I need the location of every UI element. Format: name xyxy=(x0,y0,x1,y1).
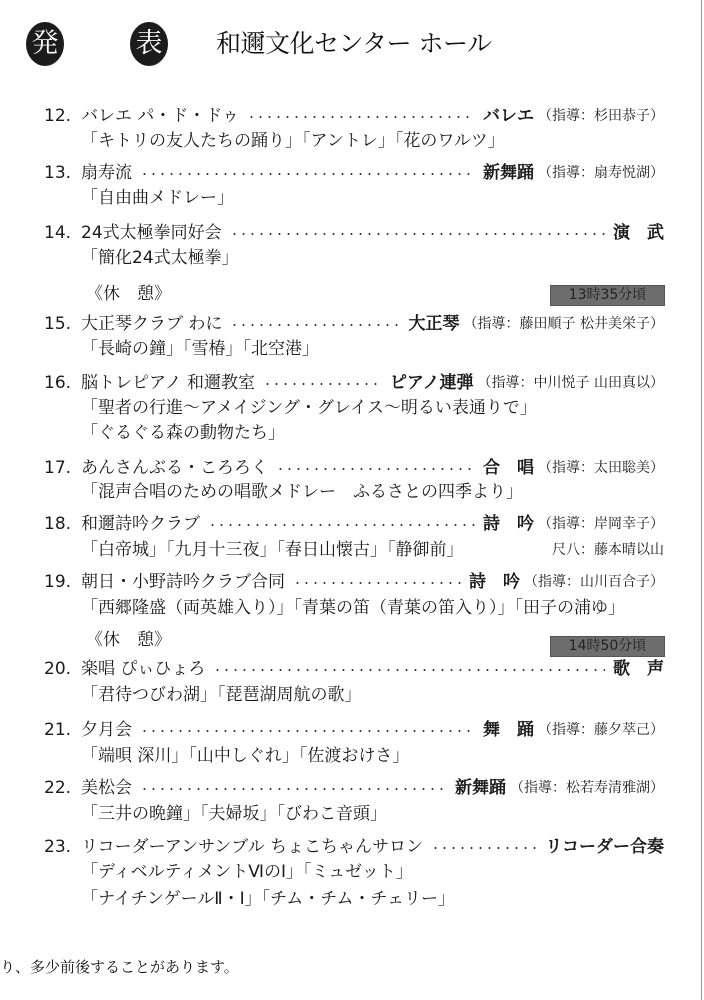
group-name: 夕月会 xyxy=(81,717,132,743)
leader-dots xyxy=(230,233,605,235)
program-item-15: 15. 大正琴クラブ わに 大正琴 （指導：藤田順子 松井美栄子） xyxy=(44,311,664,337)
venue-title: 和邇文化センター ホール xyxy=(216,24,491,64)
happyo-badge-2: 表 xyxy=(130,22,168,66)
happyo-badge-1: 発 xyxy=(26,22,64,66)
program-item-22: 22. 美松会 新舞踊 （指導：松若寿清雅湖） xyxy=(44,775,664,801)
group-name: 美松会 xyxy=(81,775,132,801)
program-item-12: 12. バレエ パ・ド・ドゥ バレエ （指導：杉田恭子） xyxy=(44,103,664,129)
genre: 歌 声 xyxy=(613,656,664,682)
item-number: 21. xyxy=(44,717,81,743)
break-label: 《休 憩》 xyxy=(86,281,171,307)
pieces-line: 「君待つびわ湖」「琵琶湖周航の歌」 xyxy=(81,682,701,708)
break-time-badge: 14時50分頃 xyxy=(550,636,665,657)
page-edge-line xyxy=(701,0,702,1000)
item-number: 14. xyxy=(44,220,81,246)
program-item-17: 17. あんさんぶる・ころろく 合 唱 （指導：太田聡美） xyxy=(44,455,664,481)
program-item-18: 18. 和邇詩吟クラブ 詩 吟 （指導：岸岡幸子） xyxy=(44,511,664,537)
shakuhachi-credit: 尺八：藤本晴以山 xyxy=(552,537,664,563)
leader-dots xyxy=(140,173,475,175)
group-name: リコーダーアンサンブル ちょこちゃんサロン xyxy=(81,834,423,860)
genre: リコーダー合奏 xyxy=(545,834,664,860)
genre: 合 唱 xyxy=(483,455,534,481)
instructor: （指導：中川悦子 山田真以） xyxy=(478,370,664,396)
item-number: 16. xyxy=(44,370,81,396)
group-name: 大正琴クラブ わに xyxy=(81,311,222,337)
instructor: （指導：扇寿悦湖） xyxy=(538,160,664,186)
genre: 新舞踊 xyxy=(455,775,506,801)
genre: 新舞踊 xyxy=(483,160,534,186)
pieces-line: 「聖者の行進～アメイジング・グレイス～明るい表通りで」 xyxy=(81,395,701,421)
item-number: 23. xyxy=(44,834,81,860)
item-number: 19. xyxy=(44,569,81,595)
genre: 舞 踊 xyxy=(483,717,534,743)
program-item-14: 14. 24式太極拳同好会 演 武 xyxy=(44,220,664,246)
item-number: 18. xyxy=(44,511,81,537)
program-item-21: 21. 夕月会 舞 踊 （指導：藤夕萃己） xyxy=(44,717,664,743)
pieces-line: 「西郷隆盛（両英雄入り）」「青葉の笛（青葉の笛入り）」「田子の浦ゆ」 xyxy=(81,595,701,621)
genre: 詩 吟 xyxy=(483,511,534,537)
leader-dots xyxy=(276,468,475,470)
genre: ピアノ連弾 xyxy=(390,370,474,396)
pieces-line: 「簡化24式太極拳」 xyxy=(81,245,701,271)
item-number: 15. xyxy=(44,311,81,337)
instructor: （指導：太田聡美） xyxy=(538,455,664,481)
item-number: 20. xyxy=(44,656,81,682)
group-name: あんさんぶる・ころろく xyxy=(81,455,268,481)
pieces-text: 「白帝城」「九月十三夜」「春日山懐古」「静御前」 xyxy=(81,540,464,560)
pieces-line: 「ぐるぐる森の動物たち」 xyxy=(81,420,701,446)
pieces-line: 「混声合唱のための唱歌メドレー ふるさとの四季より」 xyxy=(81,479,701,505)
genre: 演 武 xyxy=(613,220,664,246)
pieces-line: 「白帝城」「九月十三夜」「春日山懐古」「静御前」 尺八：藤本晴以山 xyxy=(81,537,664,563)
group-name: 脳トレピアノ 和邇教室 xyxy=(81,370,255,396)
program-item-16: 16. 脳トレピアノ 和邇教室 ピアノ連弾 （指導：中川悦子 山田真以） xyxy=(44,370,664,396)
leader-dots xyxy=(140,788,447,790)
pieces-line: 「キトリの友人たちの踊り」「アントレ」「花のワルツ」 xyxy=(81,128,701,154)
program-item-23: 23. リコーダーアンサンブル ちょこちゃんサロン リコーダー合奏 xyxy=(44,834,664,860)
leader-dots xyxy=(263,383,382,385)
leader-dots xyxy=(431,847,537,849)
leader-dots xyxy=(293,582,461,584)
leader-dots xyxy=(247,116,475,118)
group-name: 24式太極拳同好会 xyxy=(81,220,222,246)
program-item-13: 13. 扇寿流 新舞踊 （指導：扇寿悦湖） xyxy=(44,160,664,186)
group-name: 朝日・小野詩吟クラブ合同 xyxy=(81,569,285,595)
instructor: （指導：藤田順子 松井美栄子） xyxy=(464,311,664,337)
group-name: バレエ パ・ド・ドゥ xyxy=(81,103,239,129)
item-number: 13. xyxy=(44,160,81,186)
leader-dots xyxy=(230,324,400,326)
pieces-line: 「長崎の鐘」「雪椿」「北空港」 xyxy=(81,336,701,362)
pieces-line: 「自由曲メドレー」 xyxy=(81,185,701,211)
genre: バレエ xyxy=(483,103,534,129)
item-number: 22. xyxy=(44,775,81,801)
instructor: （指導：松若寿清雅湖） xyxy=(510,775,664,801)
genre: 詩 吟 xyxy=(469,569,520,595)
leader-dots xyxy=(208,524,475,526)
item-number: 12. xyxy=(44,103,81,129)
pieces-line: 「端唄 深川」「山中しぐれ」「佐渡おけさ」 xyxy=(81,743,701,769)
instructor: （指導：杉田恭子） xyxy=(538,103,664,129)
break-label: 《休 憩》 xyxy=(86,627,171,653)
instructor: （指導：藤夕萃己） xyxy=(538,717,664,743)
leader-dots xyxy=(140,730,475,732)
group-name: 扇寿流 xyxy=(81,160,132,186)
pieces-line: 「三井の晩鐘」「夫婦坂」「びわこ音頭」 xyxy=(81,801,701,827)
instructor: （指導：岸岡幸子） xyxy=(538,511,664,537)
break-time-badge: 13時35分頃 xyxy=(550,285,665,306)
program-item-20: 20. 楽唱 ぴぃひょろ 歌 声 xyxy=(44,656,664,682)
section-header: 発 表 和邇文化センター ホール xyxy=(26,18,704,68)
genre: 大正琴 xyxy=(409,311,460,337)
group-name: 和邇詩吟クラブ xyxy=(81,511,200,537)
item-number: 17. xyxy=(44,455,81,481)
leader-dots xyxy=(213,669,605,671)
instructor: （指導：山川百合子） xyxy=(524,569,664,595)
pieces-line: 「ディベルティメントⅥのⅠ」「ミュゼット」 xyxy=(81,859,701,885)
group-name: 楽唱 ぴぃひょろ xyxy=(81,656,205,682)
pieces-line: 「ナイチンゲールⅡ・Ⅰ」「チム・チム・チェリー」 xyxy=(81,886,701,912)
footer-note: り、多少前後することがあります。 xyxy=(0,955,239,979)
program-item-19: 19. 朝日・小野詩吟クラブ合同 詩 吟 （指導：山川百合子） xyxy=(44,569,664,595)
